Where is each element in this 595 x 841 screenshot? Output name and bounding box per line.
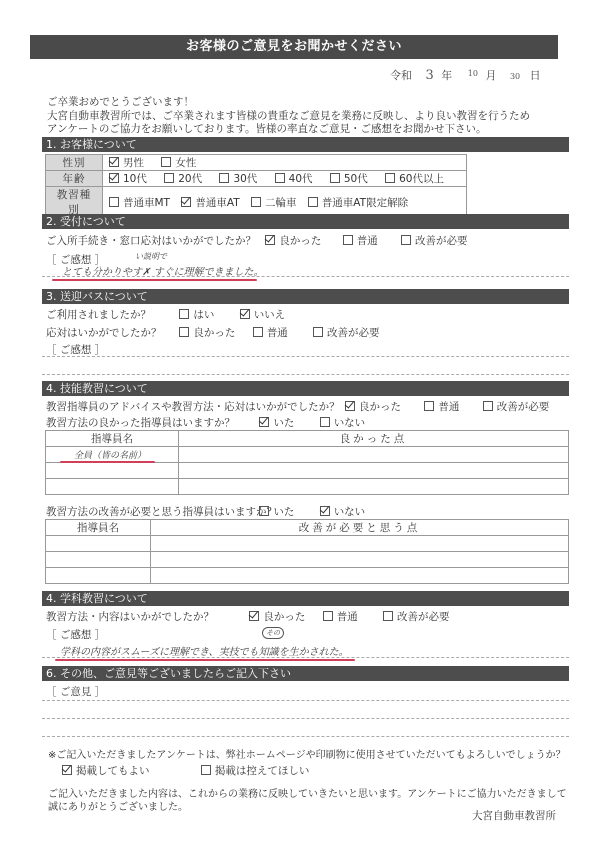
survey-title: お客様のご意見をお聞かせください — [30, 35, 558, 59]
table-row — [46, 536, 569, 552]
checkbox-icon — [249, 611, 259, 621]
intro-text: ご卒業おめでとうございます！ 大宮自動車教習所では、ご卒業されます皆様の貴重なご… — [47, 96, 567, 137]
section-lecture-header: 4. 学科教習について — [42, 591, 569, 606]
improve-instructor-yes-option[interactable]: いた — [259, 504, 294, 519]
bus-use-row: ご利用されましたか？ はい いいえ — [46, 307, 299, 322]
col-header-improve-points: 改善が必要と思う点 — [151, 520, 569, 536]
bus-normal-option[interactable]: 普通 — [253, 325, 288, 340]
good-points-cell[interactable] — [179, 447, 569, 463]
customer-profile-table: 性別 男性 女性 年齢 10代 20代 30代 40代 50代 60代以上 教習… — [45, 154, 467, 218]
section-customer-header: 1. お客様について — [42, 137, 569, 152]
checkbox-icon — [259, 417, 269, 427]
checkbox-icon — [219, 173, 229, 183]
improve-instructor-no-option[interactable]: いない — [320, 504, 366, 519]
consent-deny-option[interactable]: 掲載は控えてほしい — [201, 763, 310, 778]
age-60plus-option[interactable]: 60代以上 — [385, 171, 444, 186]
checkbox-icon — [259, 506, 269, 516]
bus-use-yes-option[interactable]: はい — [179, 307, 214, 322]
lecture-improve-option[interactable]: 改善が必要 — [383, 609, 450, 624]
practical-normal-option[interactable]: 普通 — [424, 399, 459, 414]
checkbox-icon — [240, 309, 250, 319]
age-40s-option[interactable]: 40代 — [275, 171, 313, 186]
bus-comment-label: ［ ご感想 ］ — [46, 342, 105, 357]
table-row — [46, 463, 569, 479]
instructor-name-cell[interactable] — [46, 479, 179, 495]
section-reception-header: 2. 受付について — [42, 214, 569, 229]
date-month-unit: 月 — [485, 67, 496, 83]
divider — [42, 276, 569, 277]
checkbox-icon — [383, 611, 393, 621]
reception-question-row: ご入所手続き・窓口応対はいかがでしたか？ 良かった 普通 改善が必要 — [46, 233, 482, 248]
good-points-cell[interactable] — [179, 463, 569, 479]
checkbox-icon — [109, 197, 119, 207]
age-30s-option[interactable]: 30代 — [219, 171, 257, 186]
checkbox-icon — [308, 197, 318, 207]
checkbox-icon — [343, 235, 353, 245]
checkbox-icon — [161, 157, 171, 167]
checkbox-icon — [265, 235, 275, 245]
date-line: 令和 3 年 10 月 30 日 — [390, 67, 541, 83]
lecture-normal-option[interactable]: 普通 — [323, 609, 358, 624]
checkbox-icon — [181, 197, 191, 207]
consent-question: ※ご記入いただきましたアンケートは、弊社ホームページや印刷物に使用させていただい… — [48, 749, 566, 762]
age-50s-option[interactable]: 50代 — [330, 171, 368, 186]
lecture-comment-insert: その — [262, 627, 284, 639]
lecture-comment-text[interactable]: 学科の内容がスムーズに理解でき、実技でも知識を生かされた。 — [60, 643, 349, 658]
reception-comment-insert: い説明で — [135, 251, 167, 262]
age-20s-option[interactable]: 20代 — [164, 171, 202, 186]
checkbox-icon — [251, 197, 261, 207]
red-underline — [60, 461, 155, 463]
age-row: 年齢 10代 20代 30代 40代 50代 60代以上 — [46, 171, 467, 187]
table-row — [46, 552, 569, 568]
lecture-question-row: 教習方法・内容はいかがでしたか？ 良かった 普通 改善が必要 — [46, 609, 464, 624]
checkbox-icon — [253, 327, 263, 337]
course-type-label: 教習種別 — [46, 187, 103, 218]
bus-good-option[interactable]: 良かった — [179, 325, 235, 340]
instructor-name-cell[interactable] — [46, 463, 179, 479]
good-instructor-no-option[interactable]: いない — [320, 415, 366, 430]
checkbox-icon — [179, 309, 189, 319]
checkbox-icon — [313, 327, 323, 337]
col-header-instructor: 指導員名 — [46, 431, 179, 447]
practical-good-option[interactable]: 良かった — [345, 399, 401, 414]
instructor-name-cell[interactable] — [46, 552, 151, 568]
checkbox-icon — [275, 173, 285, 183]
reception-improve-option[interactable]: 改善が必要 — [401, 233, 468, 248]
col-header-good-points: 良かった点 — [179, 431, 569, 447]
good-instructor-yes-option[interactable]: いた — [259, 415, 294, 430]
course-mt-option[interactable]: 普通車MT — [109, 195, 170, 210]
date-year[interactable]: 3 — [426, 68, 434, 83]
course-type-row: 教習種別 普通車MT 普通車AT 二輪車 普通車AT限定解除 — [46, 187, 467, 218]
checkbox-icon — [345, 401, 355, 411]
checkbox-icon — [424, 401, 434, 411]
instructor-name-cell[interactable] — [46, 536, 151, 552]
course-at-release-option[interactable]: 普通車AT限定解除 — [308, 195, 408, 210]
gender-male-option[interactable]: 男性 — [109, 155, 144, 170]
red-underline — [55, 659, 355, 661]
other-comment-label: ［ ご意見 ］ — [46, 684, 105, 699]
red-underline — [52, 279, 257, 281]
bus-response-row: 応対はいかがでしたか？ 良かった 普通 改善が必要 — [46, 325, 394, 340]
section-other-header: 6. その他、ご意見等ございましたらご記入下さい — [42, 666, 569, 681]
checkbox-icon — [323, 611, 333, 621]
course-at-option[interactable]: 普通車AT — [181, 195, 239, 210]
instructor-name-cell: 全員（皆の名前） — [74, 451, 146, 461]
improve-points-cell[interactable] — [151, 536, 569, 552]
table-row — [46, 479, 569, 495]
bus-improve-option[interactable]: 改善が必要 — [313, 325, 380, 340]
checkbox-icon — [109, 157, 119, 167]
improve-points-cell[interactable] — [151, 552, 569, 568]
gender-label: 性別 — [46, 155, 103, 171]
consent-options-row: 掲載してもよい 掲載は控えてほしい — [62, 763, 323, 778]
bus-comment-line[interactable] — [42, 374, 569, 375]
checkbox-icon — [62, 765, 72, 775]
consent-allow-option[interactable]: 掲載してもよい — [62, 763, 150, 778]
date-day-unit: 日 — [530, 67, 541, 83]
bus-use-no-option[interactable]: いいえ — [240, 307, 286, 322]
reception-good-option[interactable]: 良かった — [265, 233, 321, 248]
checkbox-icon — [320, 506, 330, 516]
lecture-comment-label: ［ ご感想 ］ — [46, 627, 105, 642]
practical-improve-option[interactable]: 改善が必要 — [483, 399, 550, 414]
bus-comment-line[interactable] — [42, 356, 569, 357]
section-bus-header: 3. 送迎バスについて — [42, 289, 569, 304]
checkbox-icon — [179, 327, 189, 337]
table-row — [46, 568, 569, 584]
checkbox-icon — [201, 765, 211, 775]
practical-instructor-row: 教習指導員のアドバイスや教習方法・応対はいかがでしたか？ 良かった 普通 改善が… — [46, 399, 563, 414]
other-comment-line[interactable] — [42, 700, 569, 701]
checkbox-icon — [330, 173, 340, 183]
other-comment-line[interactable] — [42, 736, 569, 737]
date-year-unit: 年 — [441, 67, 452, 83]
col-header-instructor: 指導員名 — [46, 520, 151, 536]
improve-instructor-row: 教習方法の改善が必要と思う指導員はいますか？ いた いない — [46, 504, 379, 519]
other-comment-line[interactable] — [42, 718, 569, 719]
checkbox-icon — [385, 173, 395, 183]
date-month[interactable]: 10 — [468, 69, 478, 78]
checkbox-icon — [164, 173, 174, 183]
checkbox-icon — [483, 401, 493, 411]
improve-points-cell[interactable] — [151, 568, 569, 584]
age-10s-option[interactable]: 10代 — [109, 171, 147, 186]
lecture-good-option[interactable]: 良かった — [249, 609, 305, 624]
signature: 大宮自動車教習所 — [472, 810, 556, 823]
checkbox-icon — [401, 235, 411, 245]
checkbox-icon — [320, 417, 330, 427]
good-instructor-row: 教習方法の良かった指導員はいますか？ いた いない — [46, 415, 379, 430]
gender-female-option[interactable]: 女性 — [161, 155, 196, 170]
section-practical-header: 4. 技能教習について — [42, 381, 569, 396]
date-era: 令和 — [390, 67, 412, 83]
checkbox-icon — [109, 173, 119, 183]
good-points-cell[interactable] — [179, 479, 569, 495]
date-day[interactable]: 30 — [510, 72, 520, 81]
gender-row: 性別 男性 女性 — [46, 155, 467, 171]
age-label: 年齢 — [46, 171, 103, 187]
improve-instructor-table: 指導員名 改善が必要と思う点 — [45, 519, 569, 584]
reception-normal-option[interactable]: 普通 — [343, 233, 378, 248]
instructor-name-cell[interactable] — [46, 568, 151, 584]
course-motorcycle-option[interactable]: 二輪車 — [251, 195, 297, 210]
divider — [42, 657, 569, 658]
